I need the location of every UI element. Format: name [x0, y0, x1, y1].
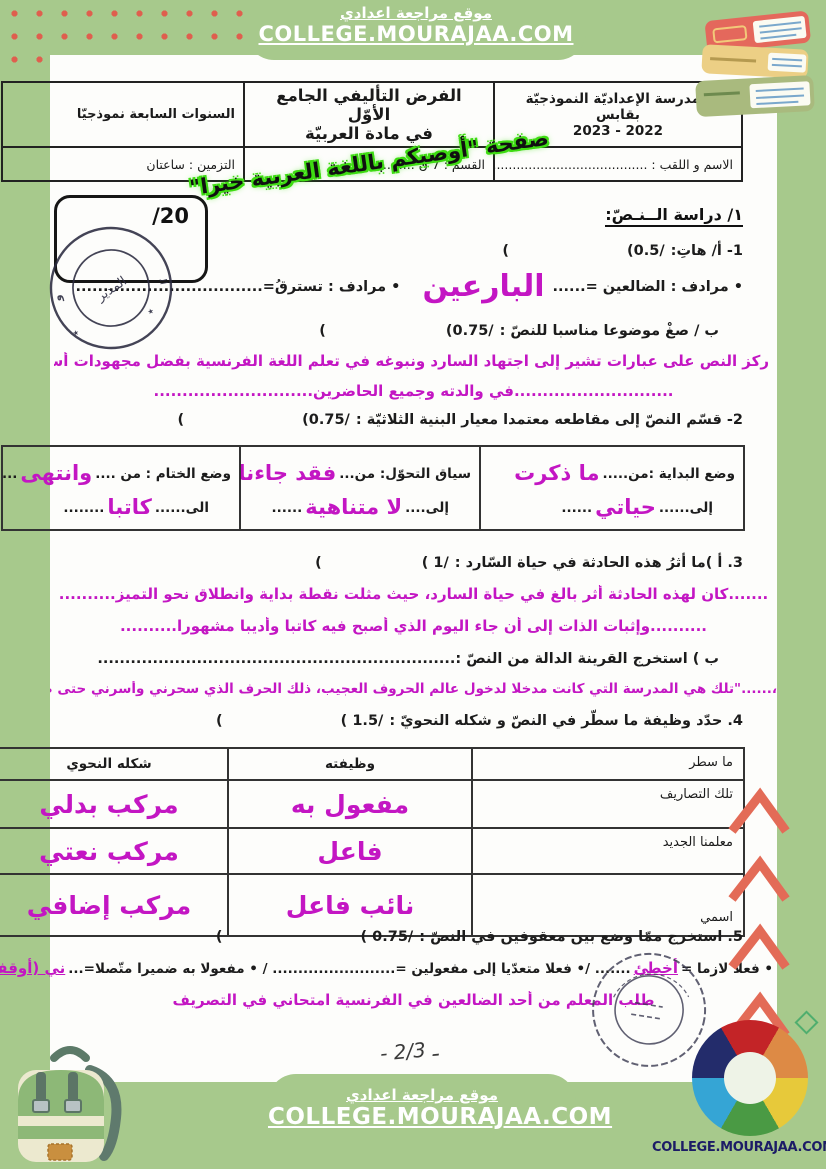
answer-paren: ( — [216, 929, 223, 945]
footer-site-url[interactable]: COLLEGE.MOURAJAA.COM — [268, 1104, 576, 1130]
ending-to-answer: كاتبا — [107, 495, 151, 519]
page-number: - 2/3 ـ — [379, 1037, 439, 1066]
form-answer: مركب إضافي — [27, 891, 192, 920]
function-answer: نائب فاعل — [286, 891, 414, 920]
answer-paren: ( — [319, 323, 326, 339]
q3a-answer-line1: .......كان لهذه الحادثة أثر بالغ في حياة… — [50, 585, 777, 603]
exam-sheet: المدرسة الإعداديّة النموذجيّة بقابس 2023… — [50, 55, 777, 1083]
transition-from-answer: فقد جاءنا — [240, 461, 336, 485]
question-1b-score: (0.75/ — [446, 323, 494, 339]
q3a-answer-line2: ..........وإثبات الذات إلى أن جاء اليوم … — [50, 617, 777, 635]
footer-site-name: موقع مراجعة اعدادي — [268, 1086, 576, 1104]
beginning-to-answer: حياتي — [595, 495, 656, 519]
diamond-icon — [794, 1010, 818, 1034]
structure-table: وضع البداية :من.....ما ذكرت إلى......حيا… — [1, 445, 745, 531]
beginning-from-answer: ما ذكرت — [514, 461, 599, 485]
grammar-row: تلك التصاريف مفعول به مركب بدلي — [0, 780, 744, 828]
level-cell: السنوات السابعة نموذجيّا — [2, 82, 244, 147]
structure-cell-transition: سياق التحوّل: من...فقد جاءنا إلى....لا م… — [240, 446, 480, 530]
chevron-up-icon — [722, 919, 796, 977]
answer-paren: ( — [178, 412, 185, 428]
chevron-up-icon — [722, 783, 796, 841]
question-2: 2- قسّم النصّ إلى مقاطعه معتمدا معيار ال… — [178, 412, 744, 428]
books-icon — [692, 6, 820, 128]
ending-from-answer: وانتهى — [20, 461, 92, 485]
stamp-center-text: المدير — [93, 274, 129, 305]
stamp-ring-top-text: وزارة التربية و التعليم — [18, 219, 65, 310]
question-3b: ب ) استخرج القرينة الدالة من النصّ :....… — [54, 651, 719, 667]
question-4: 4. حدّد وظيفة ما سطّر في النصّ و شكله ال… — [216, 713, 743, 729]
svg-text:٭: ٭ — [146, 303, 157, 318]
grammar-header-form: شكله النحوي — [0, 748, 228, 780]
question-1b: ب / صغْ موضوعا مناسبا للنصّ : (0.75/ ( — [319, 323, 719, 339]
function-answer: مفعول به — [291, 790, 409, 819]
backpack-icon — [2, 1036, 132, 1169]
question-5: 5. استخرج ممّا وضع بين معقوفين في النصّ … — [216, 929, 743, 945]
q5-pronoun-answer: ني (أوقفوني — [0, 959, 65, 977]
answer-paren: ( — [216, 713, 223, 729]
svg-text:وزارة التربية و التعليم: وزارة التربية و التعليم — [18, 219, 65, 310]
svg-text:٭: ٭ — [71, 325, 82, 340]
question-4-score: ( 1.5/ — [341, 713, 384, 729]
synonym-1-label: • مرادف : الضالعين =...... — [553, 279, 743, 295]
college-logo — [692, 1020, 808, 1136]
banner-site-name: موقع مراجعة اعدادي — [246, 4, 586, 22]
question-2-score: (0.75/ — [302, 412, 350, 428]
structure-cell-ending: وضع الختام : من ....وانتهى.... الى......… — [2, 446, 240, 530]
top-banner: موقع مراجعة اعدادي COLLEGE.MOURAJAA.COM — [246, 0, 586, 60]
logo-caption: COLLEGE.MOURAJAA.COM — [652, 1140, 826, 1155]
answer-paren: ( — [502, 243, 509, 259]
section-heading: ١/ دراسة الــنـصّ: — [605, 205, 743, 227]
form-answer: مركب نعتي — [39, 837, 179, 866]
transition-to-answer: لا متناهية — [305, 495, 402, 519]
q1b-answer-line2: ............................في والدته وج… — [50, 382, 777, 400]
question-5-score: ( 0.75/ — [360, 929, 413, 945]
synonym-1-answer: البارعين — [422, 278, 544, 296]
exam-title-cell: الفرض التأليفي الجامع الأوّل في مادة الع… — [244, 82, 494, 147]
question-3a-score: ( 1/ — [422, 555, 449, 571]
structure-cell-beginning: وضع البداية :من.....ما ذكرت إلى......حيا… — [480, 446, 744, 530]
form-answer: مركب بدلي — [39, 790, 178, 819]
function-answer: فاعل — [317, 837, 382, 866]
scanned-exam-page: موقع مراجعة اعدادي COLLEGE.MOURAJAA.COM — [0, 0, 826, 1169]
grammar-header-item: ما سطر — [472, 748, 744, 780]
banner-site-url[interactable]: COLLEGE.MOURAJAA.COM — [246, 22, 586, 46]
grammar-table: ما سطر وظيفته شكله النحوي تلك التصاريف م… — [0, 747, 745, 937]
question-1a-score: (0.5/ — [627, 243, 665, 259]
answer-paren: ( — [315, 555, 322, 571]
grammar-row: معلمنا الجديد فاعل مركب نعتي — [0, 828, 744, 874]
exam-title-line1: الفرض التأليفي الجامع الأوّل — [253, 86, 485, 124]
grammar-header-function: وظيفته — [228, 748, 472, 780]
chevron-up-icon — [722, 851, 796, 909]
question-1a: 1- أ/ هاتِ: (0.5/ ( — [502, 243, 743, 259]
q1b-answer-line1: ركز النص على عبارات تشير إلى اجتهاد السا… — [54, 352, 769, 370]
grammar-row: اسمي نائب فاعل مركب إضافي — [0, 874, 744, 936]
footer-banner: موقع مراجعة اعدادي COLLEGE.MOURAJAA.COM — [268, 1074, 576, 1154]
question-3a: 3. أ )ما أثرُ هذه الحادثة في حياة السّار… — [315, 555, 743, 571]
q3b-answer: ،......"تلك هي المدرسة التي كانت مدخلا ل… — [50, 681, 777, 697]
